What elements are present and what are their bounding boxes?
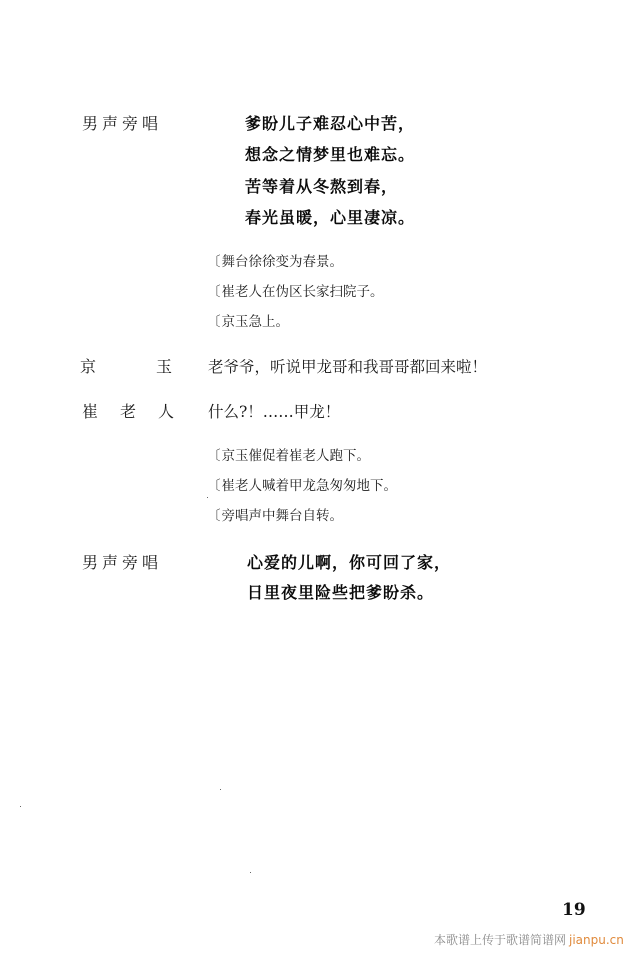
stage-direction-text: 京玉催促着崔老人跑下。 — [222, 448, 371, 464]
scan-speck — [220, 789, 221, 790]
stage-bracket: 〔 — [207, 253, 221, 271]
scan-speck — [250, 872, 251, 873]
scan-speck — [20, 806, 21, 807]
lyric-line: 心爱的儿啊，你可回了家， — [247, 553, 451, 573]
page-number: 19 — [562, 900, 586, 920]
speaker-label-male-narrator: 男声旁唱 — [82, 553, 162, 573]
speaker-char: 老 — [120, 402, 136, 422]
stage-bracket: 〔 — [207, 447, 221, 465]
stage-direction-text: 舞台徐徐变为春景。 — [222, 254, 344, 270]
speaker-char: 玉 — [156, 357, 172, 377]
stage-direction: 〔旁唱声中舞台自转。 — [207, 507, 343, 525]
stage-bracket: 〔 — [207, 313, 221, 331]
stage-bracket: 〔 — [207, 477, 221, 495]
lyric-line: 苦等着从冬熬到春， — [245, 177, 398, 197]
speaker-label-cui-laoren: 崔 老 人 — [82, 402, 174, 422]
stage-direction-text: 京玉急上。 — [222, 314, 290, 330]
dialogue-line: 什么?！……甲龙！ — [208, 402, 340, 422]
lyric-line: 春光虽暖，心里凄凉。 — [245, 208, 415, 228]
stage-direction-text: 旁唱声中舞台自转。 — [222, 508, 344, 524]
stage-direction: 〔崔老人在伪区长家扫院子。 — [207, 283, 384, 301]
speaker-char: 人 — [158, 402, 174, 422]
lyric-line: 想念之情梦里也难忘。 — [245, 145, 415, 165]
speaker-char: 京 — [80, 357, 96, 377]
stage-direction: 〔崔老人喊着甲龙急匆匆地下。 — [207, 477, 397, 495]
lyric-line: 爹盼儿子难忍心中苦， — [245, 114, 415, 134]
watermark-site-link[interactable]: jianpu.cn — [569, 933, 624, 947]
stage-direction-text: 崔老人喊着甲龙急匆匆地下。 — [222, 478, 398, 494]
stage-direction: 〔舞台徐徐变为春景。 — [207, 253, 343, 271]
watermark: 本歌谱上传于歌谱简谱网jianpu.cn — [434, 931, 624, 948]
stage-bracket: 〔 — [207, 283, 221, 301]
scan-speck — [207, 497, 208, 498]
speaker-char: 崔 — [82, 402, 98, 422]
stage-direction-text: 崔老人在伪区长家扫院子。 — [222, 284, 384, 300]
lyric-line: 日里夜里险些把爹盼杀。 — [247, 583, 434, 603]
speaker-label-jingyu: 京 玉 — [80, 357, 172, 377]
dialogue-line: 老爷爷，听说甲龙哥和我哥哥都回来啦！ — [208, 357, 487, 377]
stage-direction: 〔京玉急上。 — [207, 313, 289, 331]
watermark-text: 本歌谱上传于歌谱简谱网 — [434, 933, 566, 947]
speaker-label-male-narrator: 男声旁唱 — [82, 114, 162, 134]
stage-bracket: 〔 — [207, 507, 221, 525]
stage-direction: 〔京玉催促着崔老人跑下。 — [207, 447, 370, 465]
